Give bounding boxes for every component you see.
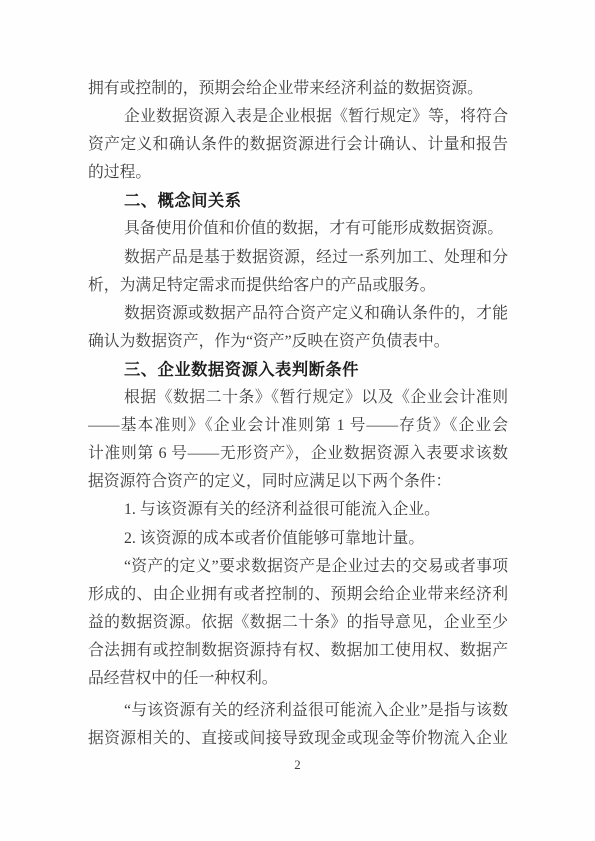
document-line: “资产的定义”要求数据资产是企业过去的交易或者事项 <box>88 553 508 581</box>
document-line: 资产定义和确认条件的数据资源进行会计确认、计量和报告 <box>88 131 508 159</box>
page-number: 2 <box>0 757 595 773</box>
document-line: 合法拥有或控制数据资源持有权、数据加工使用权、数据产 <box>88 637 508 665</box>
document-line: 据资源相关的、直接或间接导致现金或现金等价物流入企业 <box>88 725 508 753</box>
document-line: 根据《数据二十条》《暂行规定》以及《企业会计准则 <box>88 384 508 412</box>
document-line: ——基本准则》《企业会计准则第 1 号——存货》《企业会 <box>88 412 508 440</box>
document-line: “与该资源有关的经济利益很可能流入企业”是指与该数 <box>88 697 508 725</box>
document-line: 具备使用价值和价值的数据，才有可能形成数据资源。 <box>88 215 508 243</box>
document-text-block: 拥有或控制的，预期会给企业带来经济利益的数据资源。 企业数据资源入表是企业根据《… <box>88 75 508 753</box>
document-line: 的过程。 <box>88 159 508 187</box>
section-heading: 三、企业数据资源入表判断条件 <box>88 356 508 384</box>
document-line: 析，为满足特定需求而提供给客户的产品或服务。 <box>88 272 508 300</box>
list-item-line: 2. 该资源的成本或者价值能够可靠地计量。 <box>88 525 508 553</box>
document-line: 益的数据资源。依据《数据二十条》的指导意见，企业至少 <box>88 609 508 637</box>
list-item-line: 1. 与该资源有关的经济利益很可能流入企业。 <box>88 496 508 524</box>
document-line: 拥有或控制的，预期会给企业带来经济利益的数据资源。 <box>88 75 508 103</box>
document-line: 品经营权中的任一种权利。 <box>88 665 508 693</box>
document-page: 拥有或控制的，预期会给企业带来经济利益的数据资源。 企业数据资源入表是企业根据《… <box>0 0 595 841</box>
document-line: 确认为数据资产，作为“资产”反映在资产负债表中。 <box>88 328 508 356</box>
document-line: 形成的、由企业拥有或者控制的、预期会给企业带来经济利 <box>88 581 508 609</box>
document-line: 计准则第 6 号——无形资产》，企业数据资源入表要求该数 <box>88 440 508 468</box>
document-line: 企业数据资源入表是企业根据《暂行规定》等，将符合 <box>88 103 508 131</box>
document-line: 数据产品是基于数据资源，经过一系列加工、处理和分 <box>88 244 508 272</box>
section-heading: 二、概念间关系 <box>88 187 508 215</box>
document-line: 数据资源或数据产品符合资产定义和确认条件的，才能 <box>88 300 508 328</box>
document-line: 据资源符合资产的定义，同时应满足以下两个条件： <box>88 468 508 496</box>
